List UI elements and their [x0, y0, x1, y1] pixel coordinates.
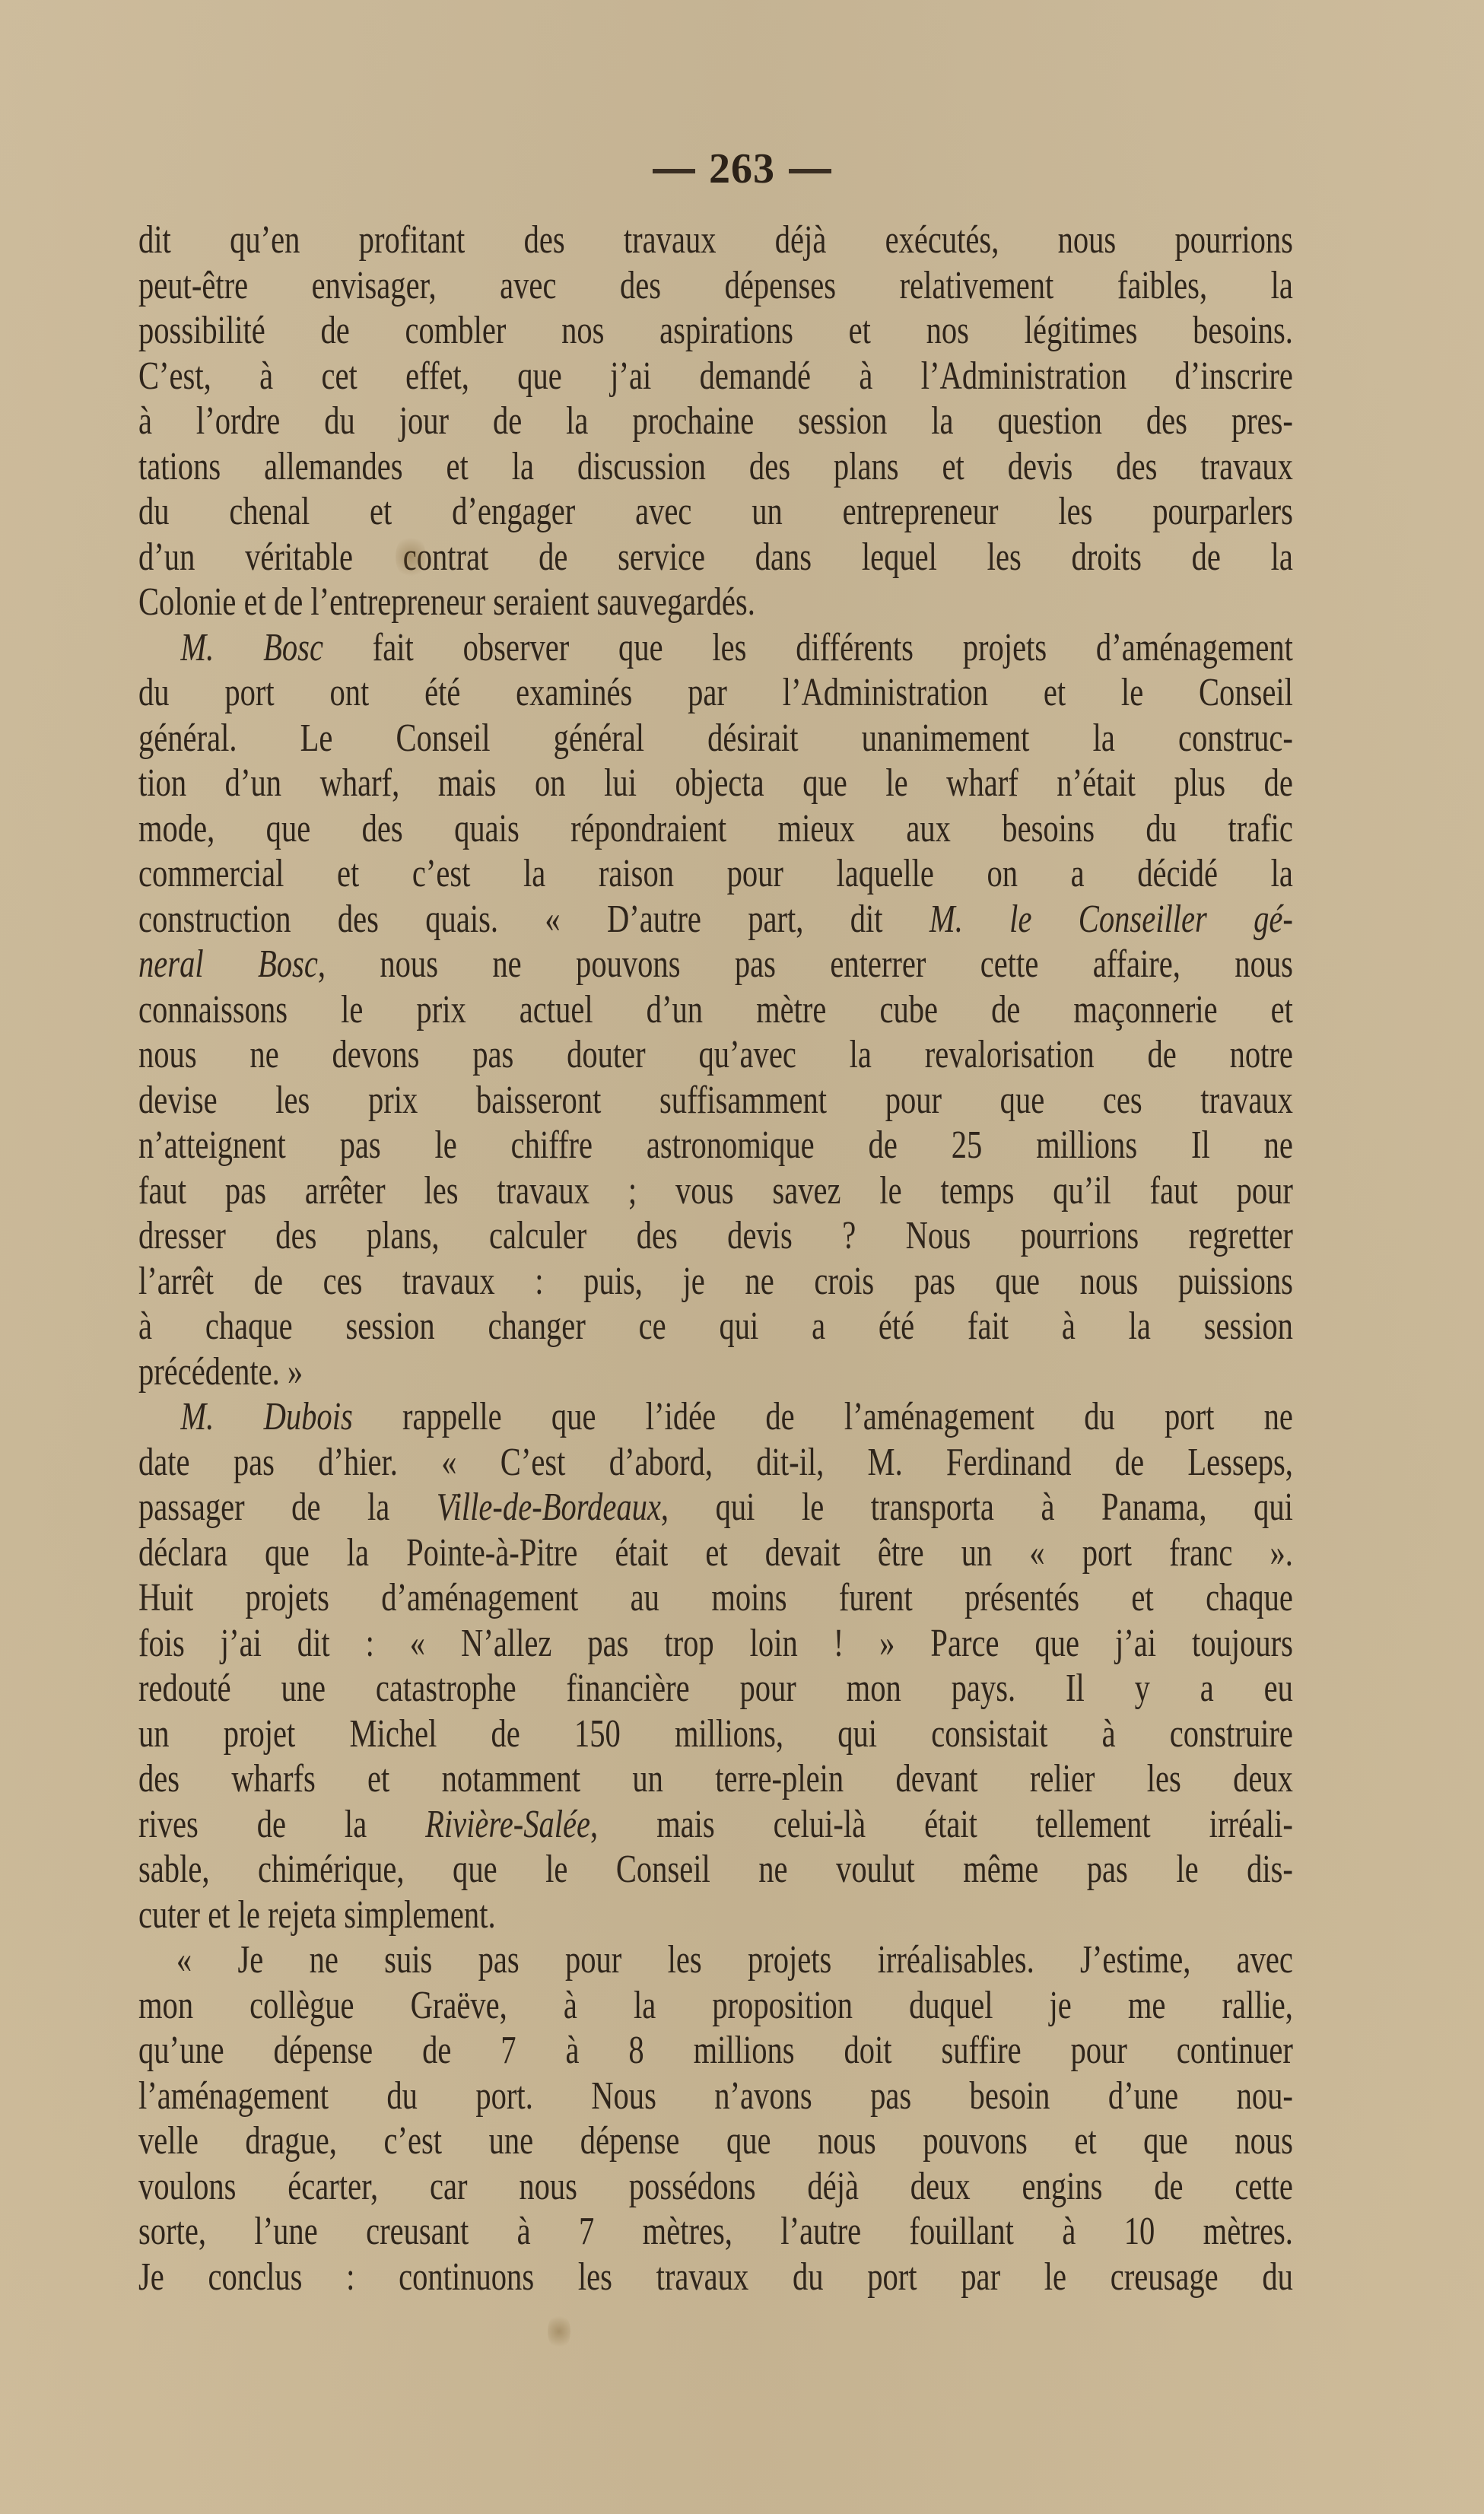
text-line: devise les prix baisseront suffisamment …: [138, 1078, 1293, 1124]
text-line: mon collègue Graëve, à la proposition du…: [138, 1983, 1293, 2029]
text-line: connaissons le prix actuel d’un mètre cu…: [138, 987, 1293, 1033]
text-line: passager de la Ville-de-Bordeaux, qui le…: [138, 1485, 1293, 1530]
text-line: construction des quais. « D’autre part, …: [138, 897, 1293, 942]
page-number-dash-right: [789, 169, 831, 173]
text-line: faut pas arrêter les travaux ; vous save…: [138, 1168, 1293, 1214]
text-line: « Je ne suis pas pour les projets irréal…: [138, 1937, 1293, 1983]
text-line: M. Dubois rappelle que l’idée de l’aména…: [138, 1394, 1293, 1440]
page-number-value: 263: [709, 145, 775, 192]
text-line: C’est, à cet effet, que j’ai demandé à l…: [138, 354, 1293, 399]
text-line: l’aménagement du port. Nous n’avons pas …: [138, 2074, 1293, 2119]
text-line: date pas d’hier. « C’est d’abord, dit-il…: [138, 1440, 1293, 1486]
text-line: l’arrêt de ces travaux : puis, je ne cro…: [138, 1259, 1293, 1305]
text-line: tion d’un wharf, mais on lui objecta que…: [138, 761, 1293, 806]
text-line: du port ont été examinés par l’Administr…: [138, 670, 1293, 716]
speaker-name: M. Bosc: [180, 626, 323, 669]
speaker-name: neral Bosc: [138, 942, 318, 986]
text-line: neral Bosc, nous ne pouvons pas enterrer…: [138, 942, 1293, 987]
text-line: sorte, l’une creusant à 7 mètres, l’autr…: [138, 2209, 1293, 2255]
page-number-dash-left: [653, 169, 695, 173]
text-line: Colonie et de l’entrepreneur seraient sa…: [138, 580, 1293, 625]
text-line: sable, chimérique, que le Conseil ne vou…: [138, 1847, 1293, 1893]
ship-name: Ville-de-Bordeaux: [437, 1486, 661, 1529]
text-line: M. Bosc fait observer que les différents…: [138, 625, 1293, 671]
text-line: nous ne devons pas douter qu’avec la rev…: [138, 1032, 1293, 1078]
text-line: cuter et le rejeta simplement.: [138, 1893, 1293, 1938]
place-name: Rivière-Salée: [425, 1803, 590, 1846]
text-line: velle drague, c’est une dépense que nous…: [138, 2118, 1293, 2164]
text-line: rives de la Rivière-Salée, mais celui-là…: [138, 1802, 1293, 1848]
text-line: dit qu’en profitant des travaux déjà exé…: [138, 218, 1293, 263]
text-line: fois j’ai dit : « N’allez pas trop loin …: [138, 1621, 1293, 1667]
text-line: à l’ordre du jour de la prochaine sessio…: [138, 399, 1293, 444]
speaker-name: M. Dubois: [180, 1395, 352, 1438]
text-line: général. Le Conseil général désirait una…: [138, 716, 1293, 761]
text-line: tations allemandes et la discussion des …: [138, 444, 1293, 490]
text-line: mode, que des quais répondraient mieux a…: [138, 806, 1293, 852]
text-line: un projet Michel de 150 millions, qui co…: [138, 1711, 1293, 1757]
text-line: commercial et c’est la raison pour laque…: [138, 851, 1293, 897]
text-line: Je conclus : continuons les travaux du p…: [138, 2255, 1293, 2300]
text-line: possibilité de combler nos aspirations e…: [138, 308, 1293, 354]
text-line: à chaque session changer ce qui a été fa…: [138, 1304, 1293, 1349]
text-line: des wharfs et notamment un terre-plein d…: [138, 1756, 1293, 1802]
speaker-name: M. le Conseiller gé-: [929, 898, 1293, 941]
page-number: 263: [0, 145, 1484, 193]
text-line: d’un véritable contrat de service dans l…: [138, 535, 1293, 580]
body-text: dit qu’en profitant des travaux déjà exé…: [138, 218, 1293, 2299]
text-line: du chenal et d’engager avec un entrepren…: [138, 489, 1293, 535]
text-line: voulons écarter, car nous possédons déjà…: [138, 2164, 1293, 2210]
paper-stain: [548, 2312, 570, 2350]
text-line: déclara que la Pointe-à-Pitre était et d…: [138, 1530, 1293, 1576]
text-line: dresser des plans, calculer des devis ? …: [138, 1213, 1293, 1259]
text-line: Huit projets d’aménagement au moins fure…: [138, 1575, 1293, 1621]
text-line: précédente. »: [138, 1349, 1293, 1395]
text-line: redouté une catastrophe financière pour …: [138, 1666, 1293, 1711]
text-line: qu’une dépense de 7 à 8 millions doit su…: [138, 2028, 1293, 2074]
scanned-page: 263 dit qu’en profitant des travaux déjà…: [0, 0, 1484, 2514]
text-line: n’atteignent pas le chiffre astronomique…: [138, 1123, 1293, 1168]
text-line: peut-être envisager, avec des dépenses r…: [138, 263, 1293, 309]
